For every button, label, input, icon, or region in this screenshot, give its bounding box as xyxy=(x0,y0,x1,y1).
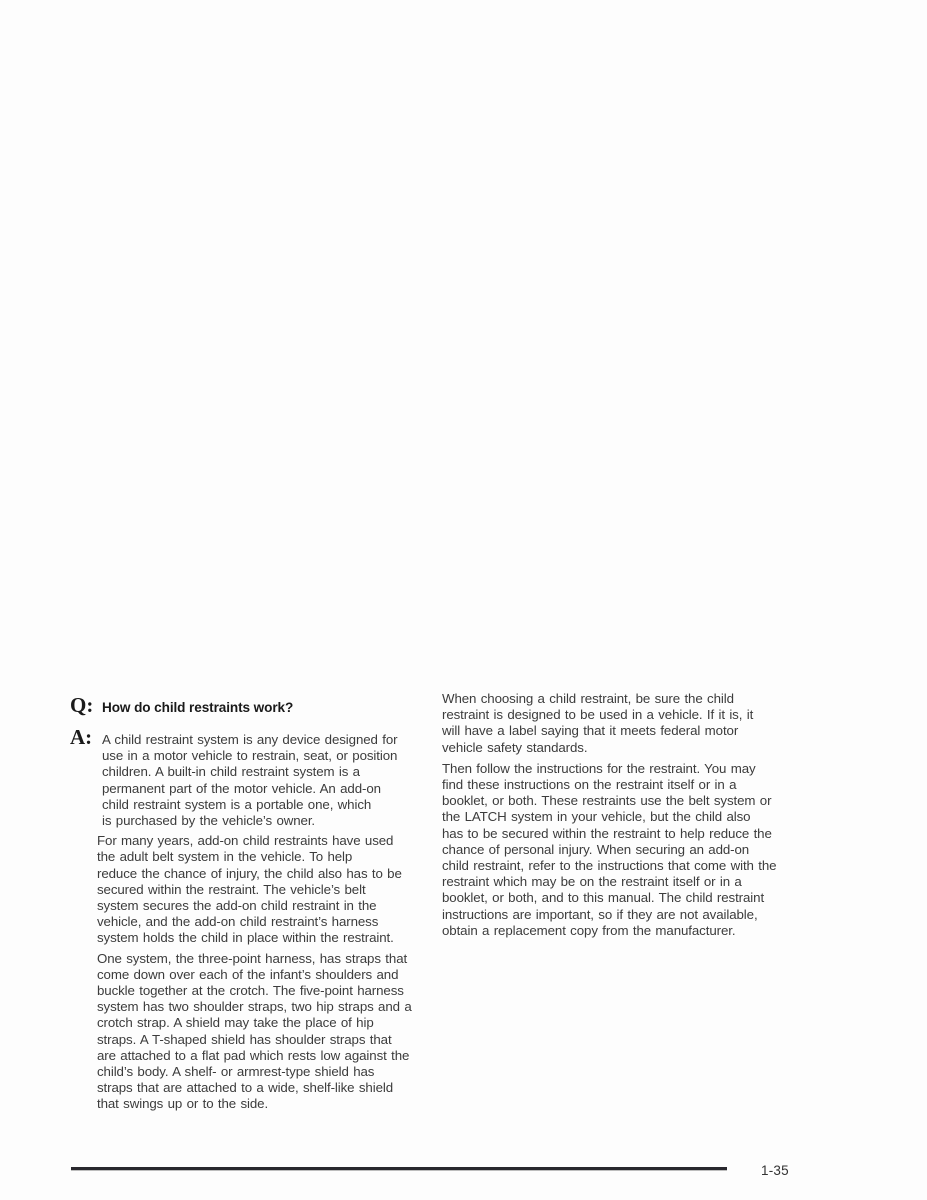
body-paragraph: For many years, add-on child restraints … xyxy=(97,833,455,946)
body-paragraph: When choosing a child restraint, be sure… xyxy=(442,691,862,756)
right-column: When choosing a child restraint, be sure… xyxy=(442,691,862,939)
footer-rule xyxy=(71,1167,727,1170)
answer-paragraph: A child restraint system is any device d… xyxy=(102,732,397,829)
body-paragraph: Then follow the instructions for the res… xyxy=(442,761,862,939)
left-column: Q: How do child restraints work? A: A ch… xyxy=(70,695,455,1113)
answer-row: A: A child restraint system is any devic… xyxy=(70,727,455,829)
page-number: 1-35 xyxy=(761,1163,789,1179)
question-row: Q: How do child restraints work? xyxy=(70,695,455,718)
body-paragraph: One system, the three-point harness, has… xyxy=(97,951,455,1113)
question-text: How do child restraints work? xyxy=(102,698,293,718)
a-label: A: xyxy=(70,727,102,747)
q-label: Q: xyxy=(70,695,102,715)
